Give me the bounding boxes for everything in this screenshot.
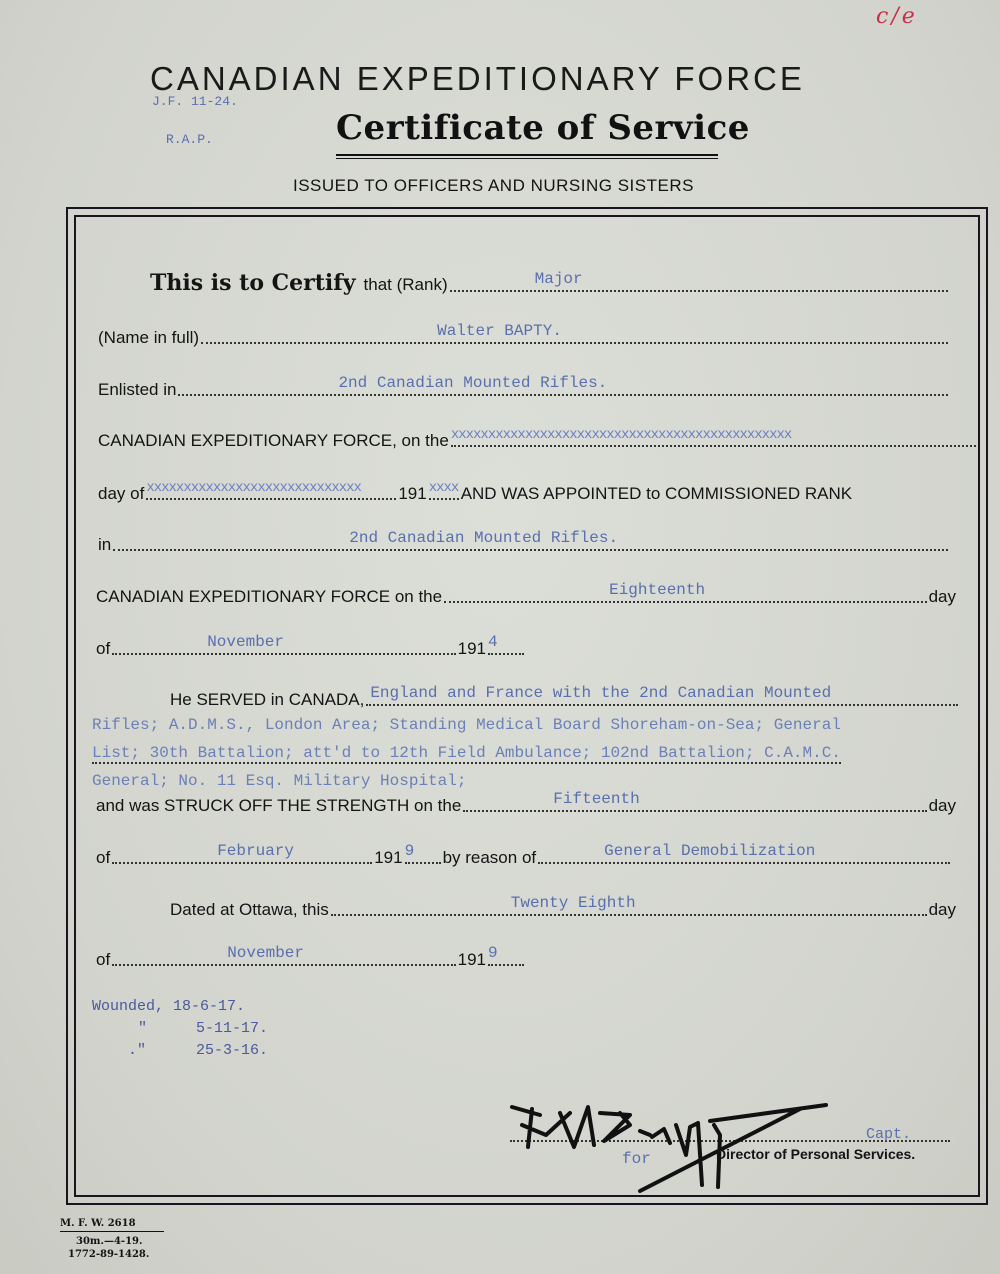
struck-month-value: February [217, 842, 294, 860]
struck-month-field: February [112, 862, 372, 864]
for-label: for [622, 1150, 651, 1168]
reason-label: by reason of [443, 848, 537, 868]
corner-annotation: c/e [876, 4, 918, 29]
print-run: 30m.—4-19. [76, 1236, 142, 1247]
enlist-day-field: xxxxxxxxxxxxxxxxxxxxxxxxxxxxxxxxxxxxxxxx… [451, 445, 976, 447]
wounded-entry: " [138, 1018, 147, 1040]
enlist-year-field: xxxx [429, 498, 459, 500]
served-field: England and France with the 2nd Canadian… [366, 704, 958, 706]
unit-field: 2nd Canadian Mounted Rifles. [113, 549, 948, 551]
wounded-entry: Wounded, 18-6-17. [92, 996, 245, 1018]
appointed-row: day of xxxxxxxxxxxxxxxxxxxxxxxxxxxxx 191… [98, 484, 958, 504]
reason-value: General Demobilization [604, 842, 815, 860]
commission-month-value: November [207, 633, 284, 651]
of-label: of [96, 639, 110, 659]
name-value: Walter BAPTY. [437, 322, 562, 340]
struck-year-digit: 9 [405, 842, 415, 860]
wounded-date: 5-11-17. [196, 1018, 268, 1040]
of-label: of [96, 950, 110, 970]
rank-field: Major [450, 290, 948, 292]
year-prefix: 191 [458, 950, 486, 970]
served-line-3: List; 30th Battalion; att'd to 12th Fiel… [92, 744, 841, 764]
unit-row: in 2nd Canadian Mounted Rifles. [98, 535, 950, 555]
unit-value: 2nd Canadian Mounted Rifles. [349, 529, 618, 547]
dated-label: Dated at Ottawa, this [170, 900, 329, 920]
struck-off-row: and was STRUCK OFF THE STRENGTH on the F… [96, 796, 956, 816]
enlist-date-row: CANADIAN EXPEDITIONARY FORCE, on the xxx… [98, 431, 978, 451]
name-field: Walter BAPTY. [201, 342, 948, 344]
signature-icon [500, 1095, 840, 1195]
wounded-prefix: Wounded, [92, 998, 164, 1015]
served-row: He SERVED in CANADA, England and France … [170, 690, 960, 710]
year-prefix: 191 [398, 484, 426, 504]
year-prefix: 191 [374, 848, 402, 868]
ditto-mark: ." [128, 1042, 146, 1059]
title-underline [336, 154, 718, 159]
signatory-office: Director of Personal Services. [716, 1146, 915, 1162]
commission-year-field: 4 [488, 653, 524, 655]
of-label: of [96, 848, 110, 868]
certificate-title: Certificate of Service [336, 108, 750, 148]
dated-day-field: Twenty Eighth [331, 914, 927, 916]
dated-year-digit: 9 [488, 944, 498, 962]
wounded-date: 18-6-17. [173, 998, 245, 1015]
wounded-entry: ." [128, 1040, 146, 1062]
commission-day-field: Eighteenth [444, 601, 926, 603]
reference-initials: R.A.P. [166, 132, 213, 147]
rank-value: Major [535, 270, 583, 288]
dated-year-field: 9 [488, 964, 524, 966]
name-row: (Name in full) Walter BAPTY. [98, 328, 950, 348]
dated-month-row: of November 191 9 [96, 950, 526, 970]
reason-field: General Demobilization [538, 862, 950, 864]
signatory-rank: Capt. [866, 1126, 911, 1143]
form-number: M. F. W. 2618 [60, 1218, 164, 1232]
enlisted-value: 2nd Canadian Mounted Rifles. [338, 374, 607, 392]
name-label: (Name in full) [98, 328, 199, 348]
wounded-date: 25-3-16. [196, 1040, 268, 1062]
served-line-4: General; No. 11 Esq. Military Hospital; [92, 772, 466, 790]
struck-off-label: and was STRUCK OFF THE STRENGTH on the [96, 796, 461, 816]
certificate-subtitle: ISSUED TO OFFICERS AND NURSING SISTERS [293, 176, 694, 196]
dated-row: Dated at Ottawa, this Twenty Eighth day [170, 900, 956, 920]
day-of-label: day of [98, 484, 144, 504]
year-prefix: 191 [458, 639, 486, 659]
ditto-mark: " [138, 1020, 147, 1037]
commission-year-digit: 4 [488, 633, 498, 651]
day-label: day [929, 900, 956, 920]
dated-day-value: Twenty Eighth [511, 894, 636, 912]
served-line-1: England and France with the 2nd Canadian… [370, 684, 831, 702]
commission-month-row: of November 191 4 [96, 639, 526, 659]
cef-on2-label: CANADIAN EXPEDITIONARY FORCE on the [96, 587, 442, 607]
enlisted-field: 2nd Canadian Mounted Rifles. [178, 394, 948, 396]
enlist-month-field: xxxxxxxxxxxxxxxxxxxxxxxxxxxxx [146, 498, 396, 500]
commission-day-value: Eighteenth [609, 581, 705, 599]
enlist-month-struck: xxxxxxxxxxxxxxxxxxxxxxxxxxxxx [146, 480, 361, 496]
cef-on-label: CANADIAN EXPEDITIONARY FORCE, on the [98, 431, 449, 451]
rank-label: that (Rank) [364, 275, 448, 295]
struck-year-field: 9 [405, 862, 441, 864]
struck-day-value: Fifteenth [553, 790, 639, 808]
dated-month-value: November [227, 944, 304, 962]
enlisted-label: Enlisted in [98, 380, 176, 400]
struck-month-row: of February 191 9 by reason of General D… [96, 848, 952, 868]
struck-day-field: Fifteenth [463, 810, 926, 812]
served-label: He SERVED in CANADA, [170, 690, 364, 710]
enlist-year-struck: xxxx [429, 480, 459, 496]
commission-month-field: November [112, 653, 455, 655]
day-label: day [929, 796, 956, 816]
appointed-label: AND WAS APPOINTED to COMMISSIONED RANK [461, 484, 852, 504]
served-line-2: Rifles; A.D.M.S., London Area; Standing … [92, 716, 841, 734]
enlisted-row: Enlisted in 2nd Canadian Mounted Rifles. [98, 380, 950, 400]
day-label: day [929, 587, 956, 607]
print-code: 1772-89-1428. [68, 1249, 149, 1260]
commission-day-row: CANADIAN EXPEDITIONARY FORCE on the Eigh… [96, 587, 956, 607]
enlist-day-struck: xxxxxxxxxxxxxxxxxxxxxxxxxxxxxxxxxxxxxxxx… [451, 427, 791, 443]
document-heading: CANADIAN EXPEDITIONARY FORCE [150, 60, 805, 98]
in-label: in [98, 535, 111, 555]
rank-row: This is to Certify that (Rank) Major [150, 270, 950, 296]
reference-code: J.F. 11-24. [152, 94, 238, 109]
dated-month-field: November [112, 964, 455, 966]
certify-lead: This is to Certify [150, 270, 356, 296]
